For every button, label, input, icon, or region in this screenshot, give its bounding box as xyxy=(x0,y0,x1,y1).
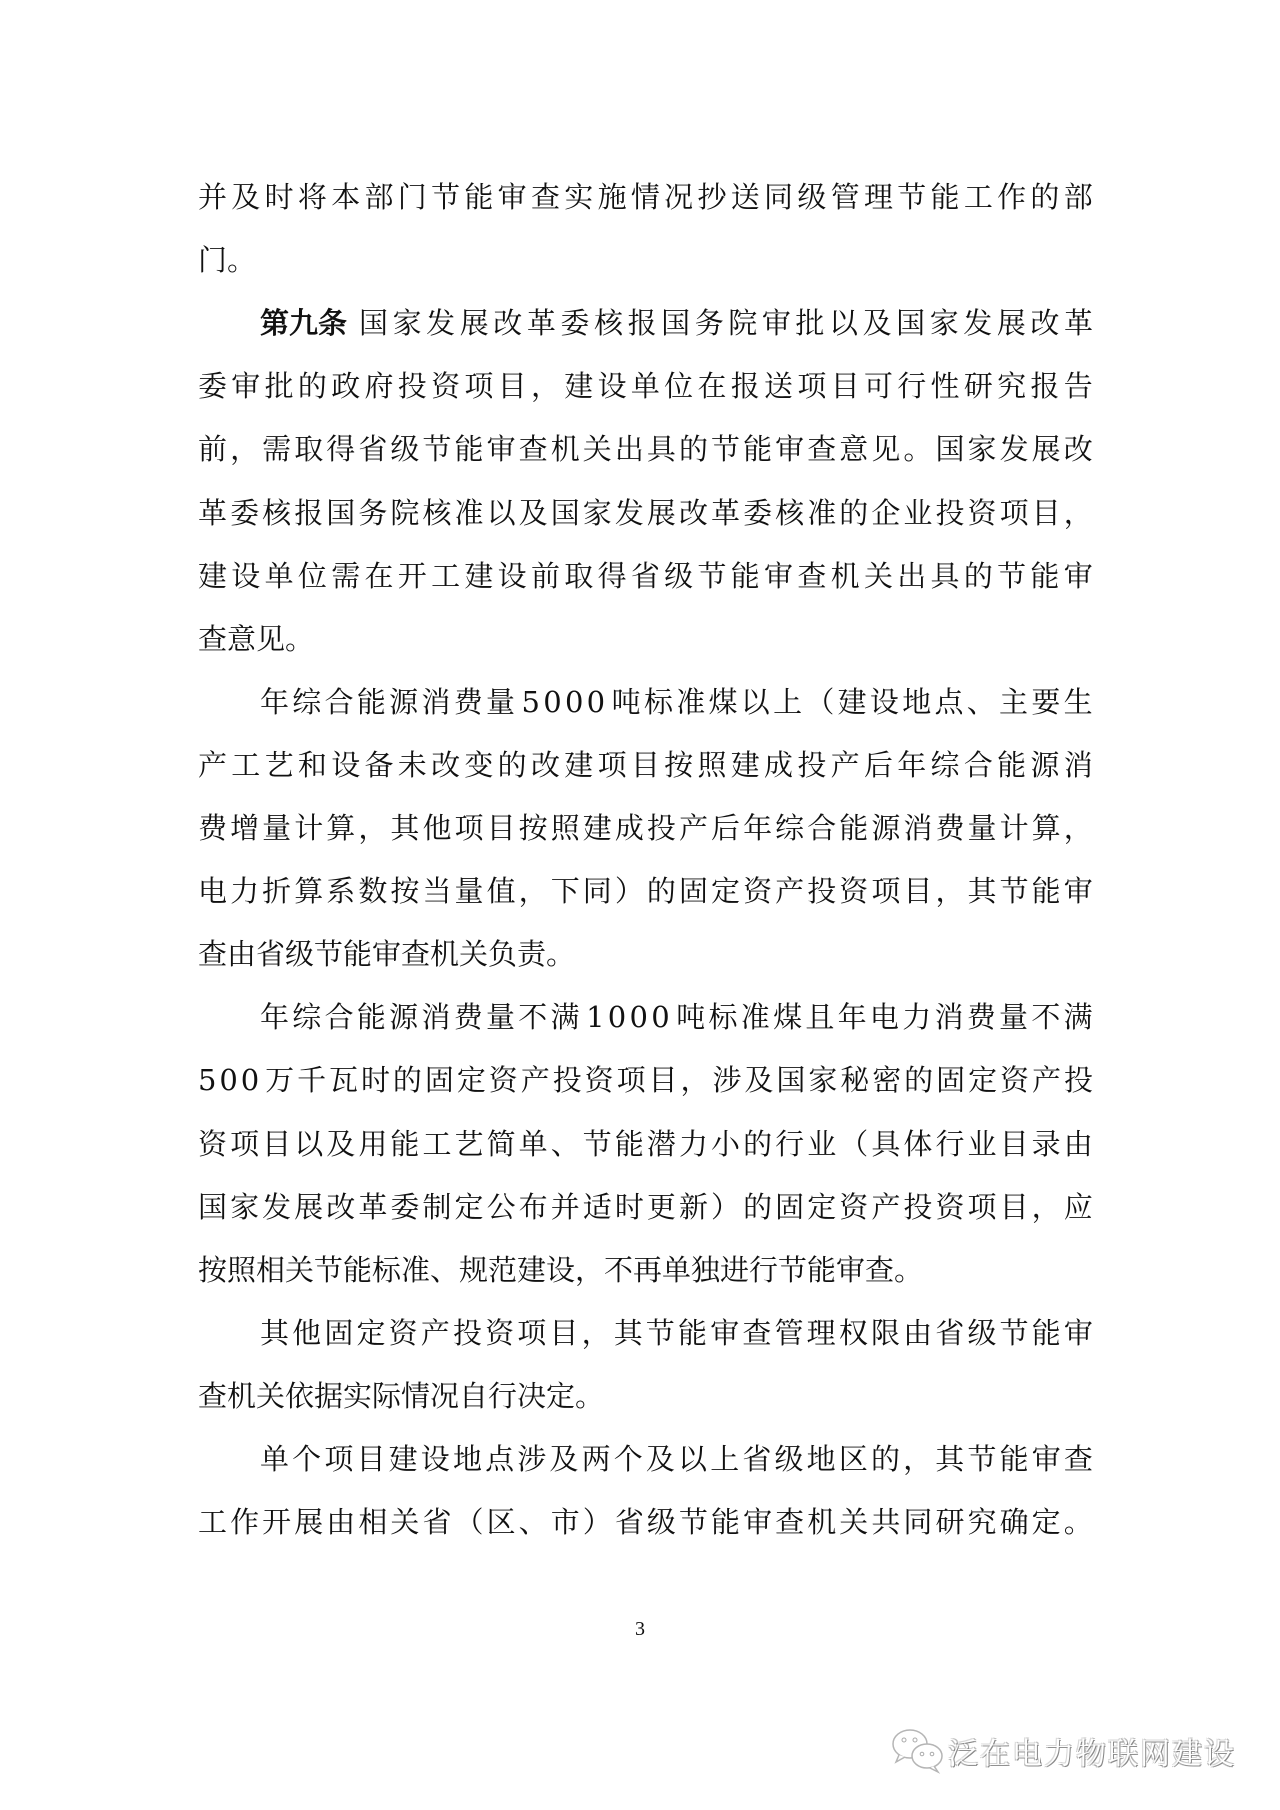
text-line-content: 革委核报国务院核准以及国家发展改革委核准的企业投资项目， xyxy=(198,493,1093,533)
text-line: 按照相关节能标准、规范建设，不再单独进行节能审查。 xyxy=(198,1250,1093,1290)
text-line-content: 前，需取得省级节能审查机关出具的节能审查意见。国家发展改 xyxy=(198,429,1093,469)
document-page: 并及时将本部门节能审查实施情况抄送同级管理节能工作的部门。第九条国家发展改革委核… xyxy=(0,0,1280,1810)
text-line: 国家发展改革委制定公布并适时更新）的固定资产投资项目，应 xyxy=(198,1187,1093,1227)
text-line-content: 电力折算系数按当量值，下同）的固定资产投资项目，其节能审 xyxy=(198,871,1093,911)
text-line-content: 国家发展改革委核报国务院审批以及国家发展改革 xyxy=(359,303,1093,343)
text-line-content: 查机关依据实际情况自行决定。 xyxy=(198,1379,604,1413)
article-heading: 第九条 xyxy=(260,303,347,343)
text-line: 查由省级节能审查机关负责。 xyxy=(198,934,1093,974)
page-number: 3 xyxy=(0,1618,1280,1641)
text-line-content: 500 万千瓦时的固定资产投资项目，涉及国家秘密的固定资产投 xyxy=(198,1060,1093,1100)
text-line: 查意见。 xyxy=(198,619,1093,659)
text-line-content: 并及时将本部门节能审查实施情况抄送同级管理节能工作的部 xyxy=(198,177,1093,217)
text-line: 电力折算系数按当量值，下同）的固定资产投资项目，其节能审 xyxy=(198,871,1093,911)
text-line-content: 门。 xyxy=(198,243,256,277)
text-line: 查机关依据实际情况自行决定。 xyxy=(198,1376,1093,1416)
text-line-content: 费增量计算，其他项目按照建成投产后年综合能源消费量计算， xyxy=(198,808,1093,848)
text-line-content: 委审批的政府投资项目，建设单位在报送项目可行性研究报告 xyxy=(198,366,1093,406)
text-line: 产工艺和设备未改变的改建项目按照建成投产后年综合能源消 xyxy=(198,745,1093,785)
text-line: 单个项目建设地点涉及两个及以上省级地区的，其节能审查 xyxy=(260,1439,1093,1479)
watermark: 泛在电力物联网建设 xyxy=(890,1726,1236,1776)
text-line: 委审批的政府投资项目，建设单位在报送项目可行性研究报告 xyxy=(198,366,1093,406)
text-line: 年综合能源消费量 5000 吨标准煤以上（建设地点、主要生 xyxy=(260,682,1093,722)
text-line: 建设单位需在开工建设前取得省级节能审查机关出具的节能审 xyxy=(198,556,1093,596)
text-line: 前，需取得省级节能审查机关出具的节能审查意见。国家发展改 xyxy=(198,429,1093,469)
wechat-icon xyxy=(890,1727,948,1775)
text-line: 年综合能源消费量不满 1000 吨标准煤且年电力消费量不满 xyxy=(260,997,1093,1037)
text-line-content: 按照相关节能标准、规范建设，不再单独进行节能审查。 xyxy=(198,1253,923,1287)
text-line-content: 资项目以及用能工艺简单、节能潜力小的行业（具体行业目录由 xyxy=(198,1124,1093,1164)
text-line: 资项目以及用能工艺简单、节能潜力小的行业（具体行业目录由 xyxy=(198,1124,1093,1164)
text-line: 500 万千瓦时的固定资产投资项目，涉及国家秘密的固定资产投 xyxy=(198,1060,1093,1100)
text-line: 工作开展由相关省（区、市）省级节能审查机关共同研究确定。 xyxy=(198,1502,1093,1542)
text-line-content: 年综合能源消费量 5000 吨标准煤以上（建设地点、主要生 xyxy=(260,682,1093,722)
text-line-content: 工作开展由相关省（区、市）省级节能审查机关共同研究确定。 xyxy=(198,1502,1093,1542)
text-line-content: 年综合能源消费量不满 1000 吨标准煤且年电力消费量不满 xyxy=(260,997,1093,1037)
text-line: 第九条国家发展改革委核报国务院审批以及国家发展改革 xyxy=(260,303,1093,343)
text-line-content: 其他固定资产投资项目，其节能审查管理权限由省级节能审 xyxy=(260,1313,1093,1353)
text-line: 其他固定资产投资项目，其节能审查管理权限由省级节能审 xyxy=(260,1313,1093,1353)
text-line-content: 单个项目建设地点涉及两个及以上省级地区的，其节能审查 xyxy=(260,1439,1093,1479)
text-line-content: 查意见。 xyxy=(198,622,314,656)
text-line-content: 国家发展改革委制定公布并适时更新）的固定资产投资项目，应 xyxy=(198,1187,1093,1227)
text-line: 并及时将本部门节能审查实施情况抄送同级管理节能工作的部 xyxy=(198,177,1093,217)
text-line: 门。 xyxy=(198,240,1093,280)
text-line-content: 查由省级节能审查机关负责。 xyxy=(198,937,575,971)
watermark-text: 泛在电力物联网建设 xyxy=(948,1729,1236,1773)
text-line-content: 产工艺和设备未改变的改建项目按照建成投产后年综合能源消 xyxy=(198,745,1093,785)
text-line: 费增量计算，其他项目按照建成投产后年综合能源消费量计算， xyxy=(198,808,1093,848)
text-line: 革委核报国务院核准以及国家发展改革委核准的企业投资项目， xyxy=(198,493,1093,533)
text-line-content: 建设单位需在开工建设前取得省级节能审查机关出具的节能审 xyxy=(198,556,1093,596)
